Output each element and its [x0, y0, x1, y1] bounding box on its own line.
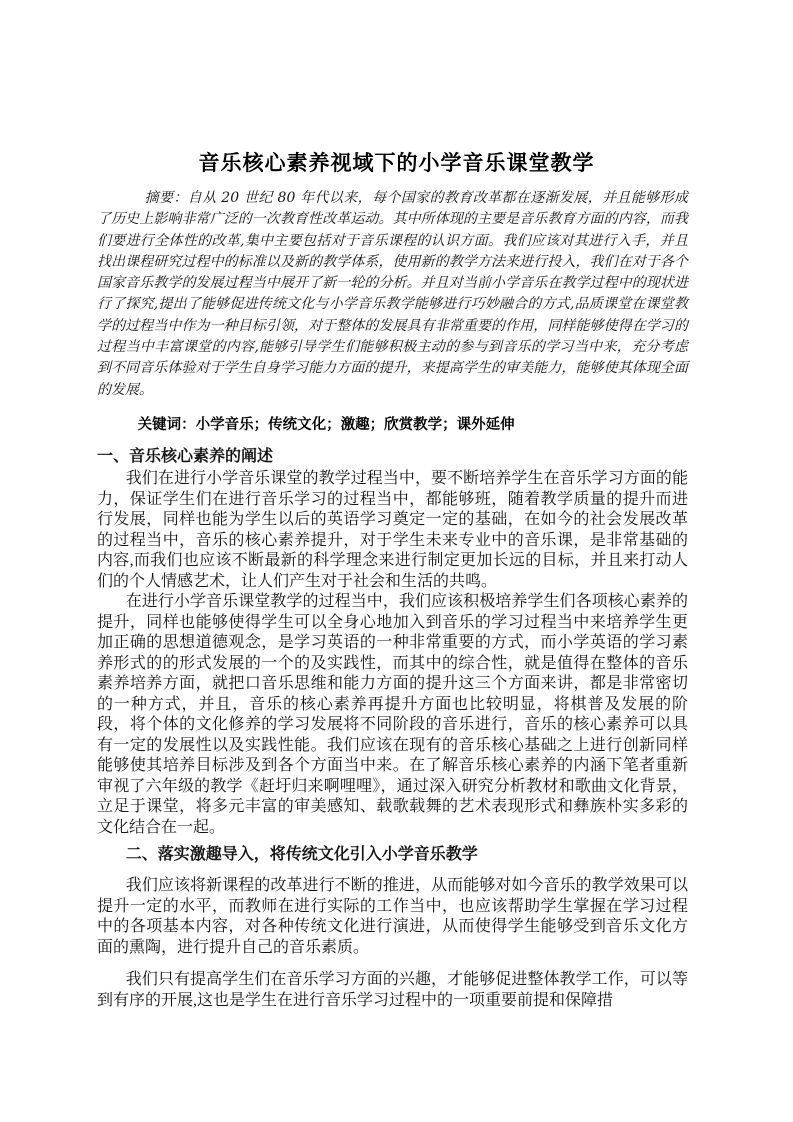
- section-2-paragraph-2: 我们只有提高学生们在音乐学习方面的兴趣，才能够促进整体教学工作，可以等到有序的开…: [97, 970, 688, 1011]
- keywords-line: 关键词：小学音乐；传统文化；激趣；欣赏教学；课外延伸: [97, 415, 688, 435]
- section-1-heading: 一、音乐核心素养的阐述: [97, 447, 688, 468]
- document-title: 音乐核心素养视域下的小学音乐课堂教学: [0, 150, 793, 178]
- section-2-heading: 二、落实激趣导入，将传统文化引入小学音乐教学: [97, 845, 688, 866]
- section-2-paragraph-1: 我们应该将新课程的改革进行不断的推进，从而能够对如今音乐的教学效果可以提升一定的…: [97, 876, 688, 958]
- document-page: 音乐核心素养视域下的小学音乐课堂教学 摘要：自从 20 世纪 80 年代以来，每…: [0, 0, 793, 1122]
- section-1-paragraph-1: 我们在进行小学音乐课堂的教学过程当中，要不断培养学生在音乐学习方面的能力，保证学…: [97, 469, 688, 592]
- section-1-paragraph-2: 在进行小学音乐课堂教学的过程当中，我们应该积极培养学生们各项核心素养的提升，同样…: [97, 592, 688, 838]
- abstract-paragraph: 摘要：自从 20 世纪 80 年代以来，每个国家的教育改革都在逐渐发展，并且能够…: [97, 188, 688, 401]
